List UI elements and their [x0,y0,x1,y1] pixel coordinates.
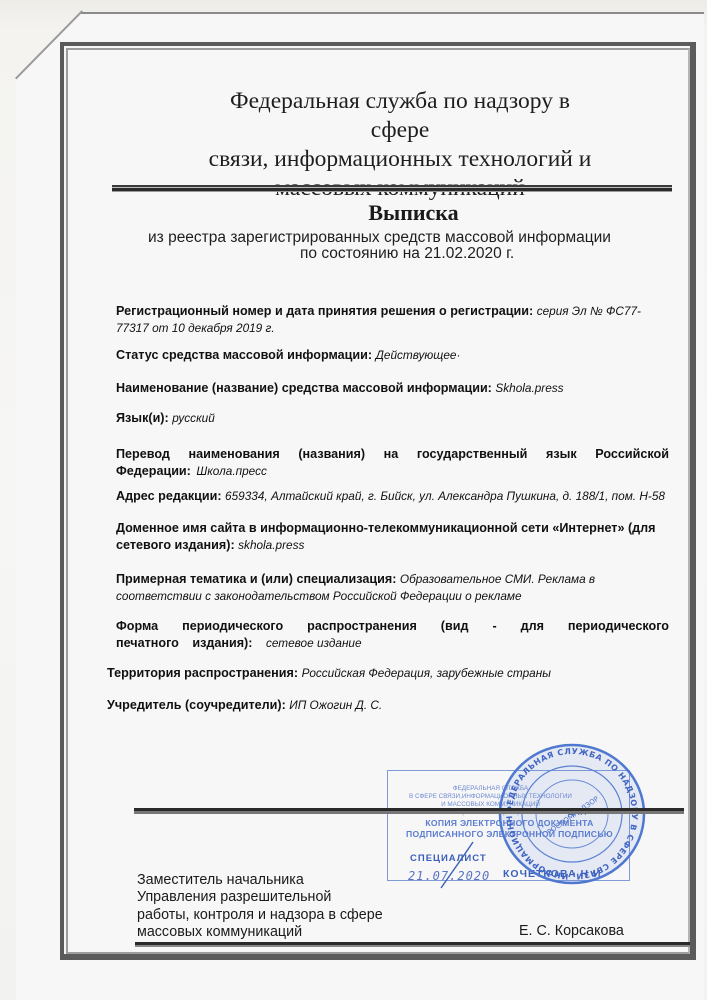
field-value: skhola.press [238,538,304,552]
field-founder: Учредитель (соучредители): ИП Ожогин Д. … [107,697,660,714]
position-line-2: Управления разрешительной [137,889,383,906]
document-title: Выписка [0,200,707,226]
field-value: 659334, Алтайский край, г. Бийск, ул. Ал… [225,489,665,503]
field-label: Территория распространения: [107,666,298,680]
field-name-translation: Перевод наименования (названия) на госуд… [116,446,669,480]
field-label: Язык(и): [116,411,169,425]
field-value: Skhola.press [495,381,563,395]
field-label: Адрес редакции: [116,489,222,503]
document-subtitle-2: по состоянию на 21.02.2020 г. [300,245,514,263]
field-label: Статус средства массовой информации: [116,348,372,362]
field-value: сетевое издание [266,636,362,650]
round-seal-icon: ФЕДЕРАЛЬНАЯ СЛУЖБА ПО НАДЗОРУ В СФЕРЕ СВ… [497,742,647,887]
field-label: Форма периодического распространения (ви… [116,619,669,650]
field-label: Регистрационный номер и дата принятия ре… [116,304,533,318]
field-editorial-address: Адрес редакции: 659334, Алтайский край, … [116,488,669,505]
position-line-3: работы, контроля и надзора в сфере [137,907,383,924]
field-media-name: Наименование (название) средства массово… [116,380,669,397]
field-value: Действующее· [376,348,461,362]
header-divider [112,185,672,192]
paper-top-edge [80,12,704,14]
field-label: Учредитель (соучредители): [107,698,286,712]
field-domain-name: Доменное имя сайта в информационно-телек… [116,520,669,554]
field-label: Доменное имя сайта в информационно-телек… [116,521,656,552]
agency-line-1: Федеральная служба по надзору в сфере [200,87,600,145]
signatory-position: Заместитель начальника Управления разреш… [137,872,383,941]
position-line-4: массовых коммуникаций [137,924,383,941]
field-value: русский [172,411,215,425]
field-value: Школа.пресс [196,464,267,478]
field-topics: Примерная тематика и (или) специализация… [116,571,669,605]
field-registration-number: Регистрационный номер и дата принятия ре… [116,303,669,337]
field-value: Российская Федерация, зарубежные страны [302,666,551,680]
signature-divider [134,808,684,814]
signature-mark-icon [437,840,477,890]
field-language: Язык(и): русский [116,410,669,427]
footer-divider [135,942,690,947]
field-distribution-form: Форма периодического распространения (ви… [116,618,669,652]
signatory-name: Е. С. Корсакова [519,923,624,939]
field-label: Наименование (название) средства массово… [116,381,492,395]
field-label: Примерная тематика и (или) специализация… [116,572,396,586]
field-value: ИП Ожогин Д. С. [289,698,382,712]
agency-line-2: связи, информационных технологий и [200,145,600,174]
field-status: Статус средства массовой информации: Дей… [116,347,669,364]
field-territory: Территория распространения: Российская Ф… [107,665,660,682]
position-line-1: Заместитель начальника [137,872,383,889]
